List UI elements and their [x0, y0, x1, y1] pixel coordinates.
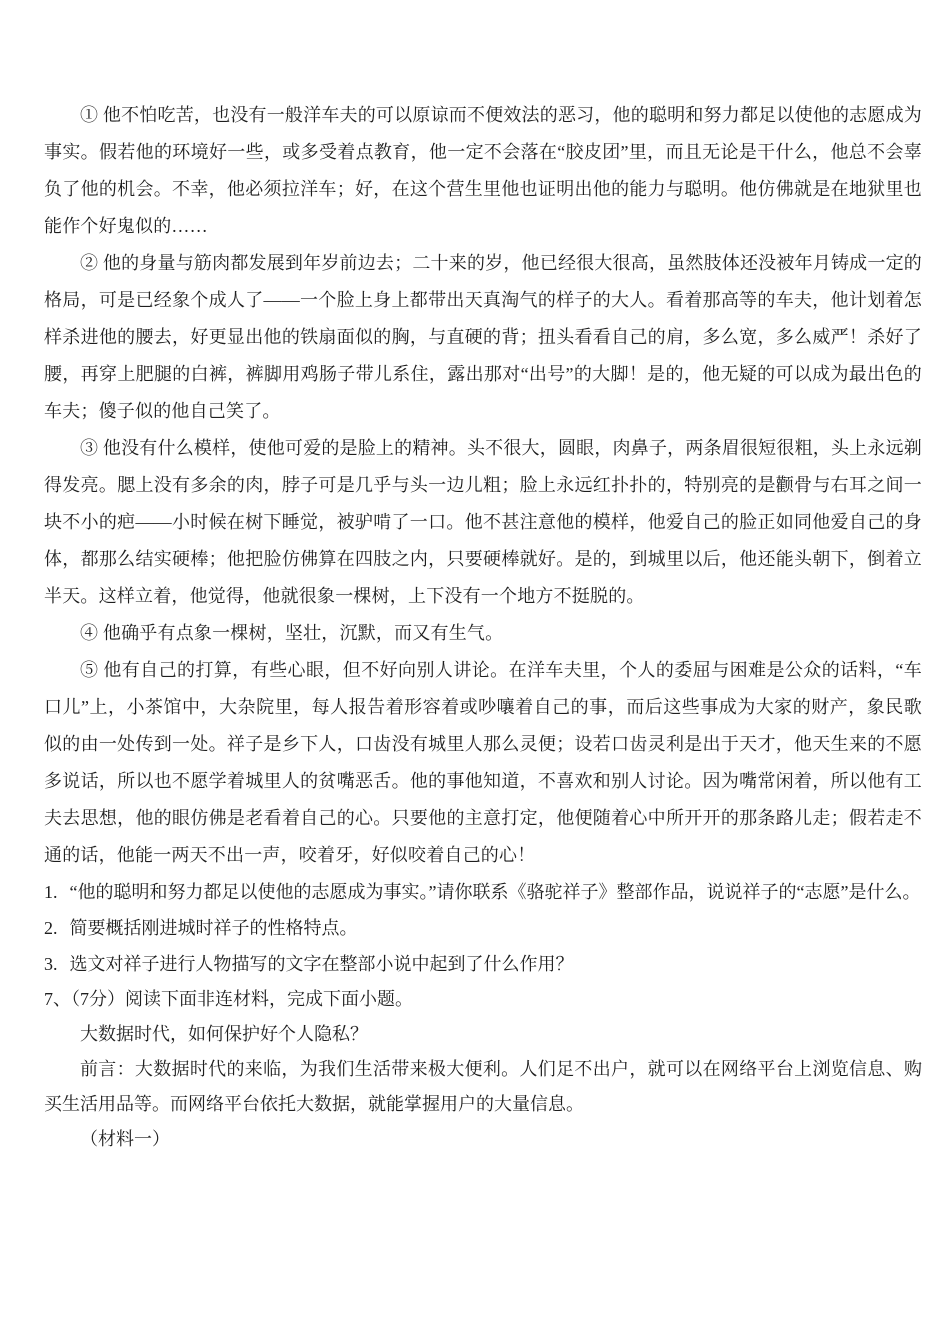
question-1: 1.“他的聪明和努力都足以使他的志愿成为事实。”请你联系《骆驼祥子》整部作品，说… — [44, 874, 922, 910]
document-page: ① 他不怕吃苦，也没有一般洋车夫的可以原谅而不便效法的恶习，他的聪明和努力都足以… — [0, 0, 950, 1344]
passage-questions-section: 1.“他的聪明和努力都足以使他的志愿成为事实。”请你联系《骆驼祥子》整部作品，说… — [44, 874, 922, 982]
passage-paragraph-1: ① 他不怕吃苦，也没有一般洋车夫的可以原谅而不便效法的恶习，他的聪明和努力都足以… — [44, 97, 922, 245]
material-1-label: （材料一） — [44, 1122, 922, 1157]
question-1-text: “他的聪明和努力都足以使他的志愿成为事实。”请你联系《骆驼祥子》整部作品，说说祥… — [70, 882, 921, 902]
question-3: 3.选文对祥子进行人物描写的文字在整部小说中起到了什么作用？ — [44, 946, 922, 982]
passage-paragraph-2: ② 他的身量与筋肉都发展到年岁前边去；二十来的岁，他已经很大很高，虽然肢体还没被… — [44, 245, 922, 430]
question-3-number: 3. — [44, 954, 58, 974]
question-7-section: 7、（7分）阅读下面非连材料，完成下面小题。 大数据时代，如何保护好个人隐私？ … — [44, 982, 922, 1157]
question-7-preface: 前言：大数据时代的来临，为我们生活带来极大便利。人们足不出户，就可以在网络平台上… — [44, 1052, 922, 1122]
passage-paragraph-4: ④ 他确乎有点象一棵树，坚壮，沉默，而又有生气。 — [44, 615, 922, 652]
question-2-number: 2. — [44, 918, 58, 938]
question-3-text: 选文对祥子进行人物描写的文字在整部小说中起到了什么作用？ — [70, 954, 574, 974]
question-7-heading: 7、（7分）阅读下面非连材料，完成下面小题。 — [44, 982, 922, 1017]
question-2-text: 简要概括刚进城时祥子的性格特点。 — [70, 918, 358, 938]
question-7-subtitle: 大数据时代，如何保护好个人隐私？ — [44, 1017, 922, 1052]
question-1-number: 1. — [44, 882, 58, 902]
question-2: 2.简要概括刚进城时祥子的性格特点。 — [44, 910, 922, 946]
passage-paragraph-3: ③ 他没有什么模样，使他可爱的是脸上的精神。头不很大，圆眼，肉鼻子，两条眉很短很… — [44, 430, 922, 615]
passage-paragraph-5: ⑤ 他有自己的打算，有些心眼，但不好向别人讲论。在洋车夫里，个人的委屈与困难是公… — [44, 652, 922, 874]
passage-section: ① 他不怕吃苦，也没有一般洋车夫的可以原谅而不便效法的恶习，他的聪明和努力都足以… — [44, 97, 922, 874]
